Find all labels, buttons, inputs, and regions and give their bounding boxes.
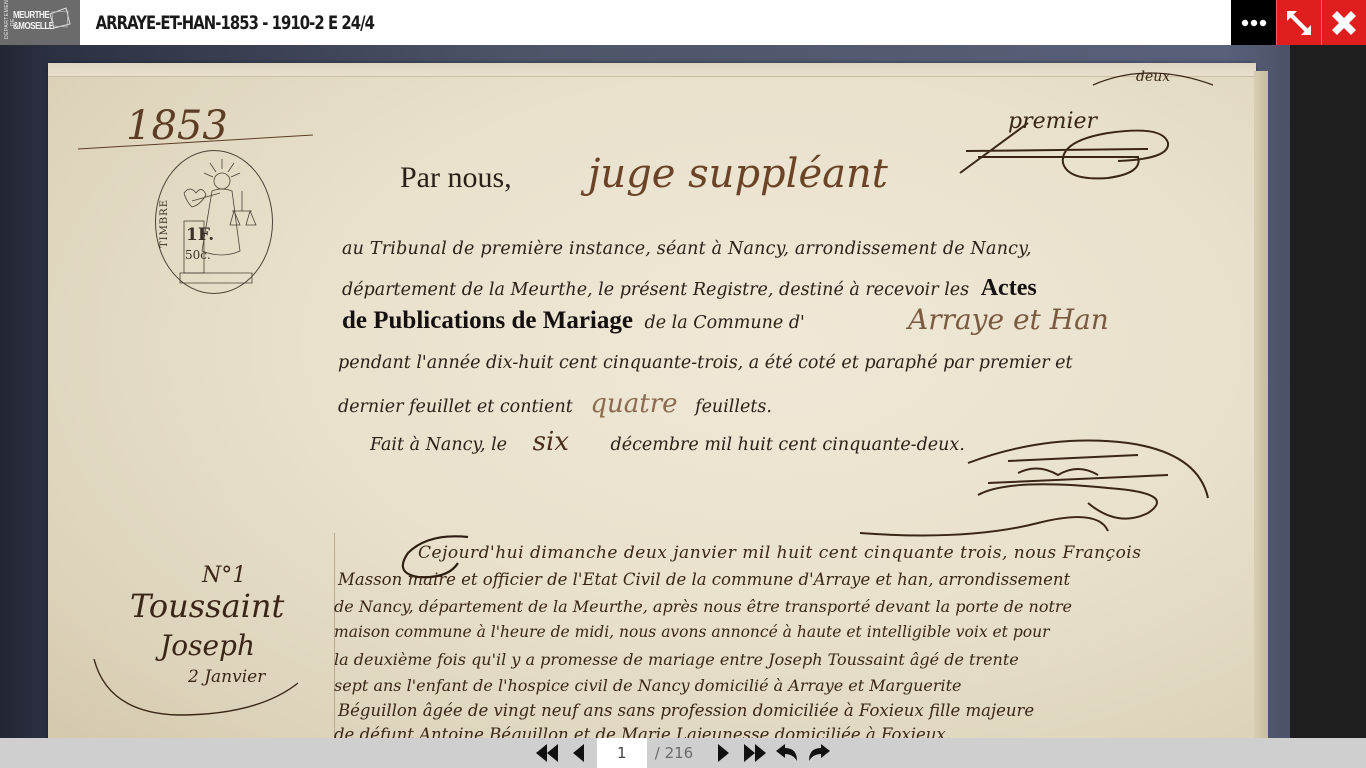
next-page-button[interactable] (707, 738, 739, 768)
act-line-3: de Nancy, département de la Meurthe, apr… (334, 597, 1072, 616)
rotate-right-button[interactable] (803, 738, 835, 768)
tax-stamp: TIMBRE 1F. 50c. (155, 150, 273, 294)
document-viewer[interactable]: 1853 deux premier (0, 45, 1290, 738)
previous-page-button[interactable] (563, 738, 595, 768)
stamp-seated-figure-icon (156, 151, 274, 295)
chevron-right-icon (716, 743, 730, 763)
document-title: ARRAYE-ET-HAN-1853 - 1910-2 E 24/4 (80, 0, 978, 45)
handwritten-commune-name: Arraye et Han (908, 303, 1109, 336)
margin-bracket-curve (88, 653, 308, 723)
printed-line-6: dernier feuillet et contient quatre feui… (338, 389, 772, 419)
close-button[interactable] (1321, 0, 1366, 45)
ellipsis-icon (1241, 19, 1267, 27)
logo-meurthe-et-moselle[interactable]: DÉPARTEMENT DE MEURTHE &MOSELLE (0, 0, 80, 45)
printed-line-6-suffix: feuillets. (695, 397, 772, 417)
handwritten-title: juge suppléant (588, 151, 888, 197)
expand-arrows-icon (1284, 8, 1314, 38)
year-underline (78, 133, 318, 153)
page-navigation-toolbar: / 216 (0, 738, 1366, 768)
double-chevron-left-icon (535, 743, 559, 763)
printed-line-6-prefix: dernier feuillet et contient (338, 397, 573, 417)
document-page-image[interactable]: 1853 deux premier (48, 63, 1256, 738)
more-options-button[interactable] (1231, 0, 1276, 45)
top-arc-stroke (1088, 65, 1218, 87)
printed-actes: Actes (981, 275, 1037, 301)
printed-publications-de-mariage: de Publications de Mariage (342, 307, 633, 334)
margin-entry-number: N°1 (202, 563, 246, 588)
act-line-6: sept ans l'enfant de l'hospice civil de … (334, 676, 962, 695)
last-page-button[interactable] (739, 738, 771, 768)
stamp-price-francs: 1F. (186, 225, 214, 245)
printed-line-5: pendant l'année dix-huit cent cinquante-… (338, 353, 1073, 373)
paper-edge (1254, 71, 1268, 738)
judge-signature (848, 433, 1228, 543)
rotate-left-button[interactable] (771, 738, 803, 768)
printed-line-1: Par nous, (400, 161, 512, 195)
stamp-price-cents: 50c. (185, 248, 211, 262)
first-page-button[interactable] (531, 738, 563, 768)
paper-top-fold (48, 63, 1256, 77)
printed-commune: de la Commune d' (645, 313, 805, 333)
printed-line-7-prefix: Fait à Nancy, le (370, 435, 507, 455)
act-line-8: de défunt Antoine Béguillon et de Marie … (334, 725, 951, 738)
handwritten-date-day: six (533, 427, 569, 457)
chevron-left-icon (572, 743, 586, 763)
right-panel-background (1290, 45, 1366, 738)
act-line-1: Cejourd'hui dimanche deux janvier mil hu… (418, 543, 1141, 563)
close-icon (1329, 8, 1359, 38)
act-line-2: Masson maire et officier de l'Etat Civil… (338, 570, 1070, 589)
logo-side-text: DÉPARTEMENT DE (4, 6, 11, 39)
text-par-nous: Par nous, (400, 161, 512, 194)
header-bar: DÉPARTEMENT DE MEURTHE &MOSELLE ARRAYE-E… (0, 0, 1366, 45)
paraph-flourish-top (948, 113, 1188, 183)
printed-line-3-text: département de la Meurthe, le présent Re… (342, 280, 969, 300)
printed-line-4: de Publications de Mariage de la Commune… (342, 307, 805, 335)
rotate-left-arrow-icon (775, 743, 799, 763)
stamp-label: TIMBRE (159, 199, 170, 248)
act-line-7: Béguillon âgée de vingt neuf ans sans pr… (338, 701, 1034, 720)
act-line-5: la deuxième fois qu'il y a promesse de m… (334, 650, 1019, 669)
fullscreen-button[interactable] (1276, 0, 1321, 45)
total-pages-label: / 216 (655, 744, 693, 762)
margin-surname: Toussaint (130, 587, 284, 625)
printed-line-3: département de la Meurthe, le présent Re… (342, 275, 1037, 302)
act-line-4: maison commune à l'heure de midi, nous a… (334, 623, 1049, 641)
rotate-right-arrow-icon (807, 743, 831, 763)
double-chevron-right-icon (743, 743, 767, 763)
handwritten-quatre: quatre (590, 389, 677, 419)
current-page-input[interactable] (597, 738, 647, 768)
logo-square-icon (48, 6, 72, 30)
printed-line-2: au Tribunal de première instance, séant … (342, 239, 1032, 259)
